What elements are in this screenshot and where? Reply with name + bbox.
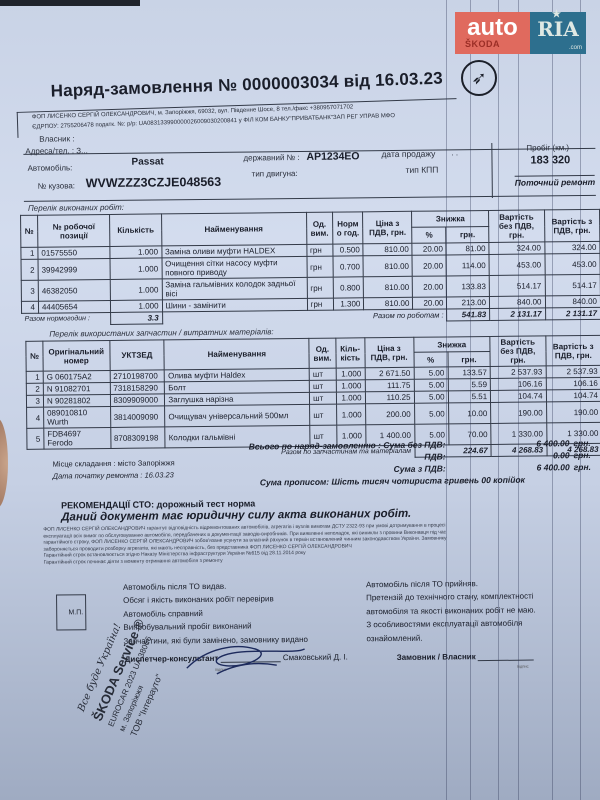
cell-gross: 324.00 [544,241,600,254]
cell-net: 840.00 [490,296,546,309]
place-label: Місце складання : [53,459,116,469]
cell-code: 39942999 [38,258,111,280]
cell-gross: 514.17 [545,274,600,296]
col-disc-uah: грн. [446,226,489,242]
cell-norm: 1.300 [334,298,364,310]
cell-orig: G 060175A2 [43,370,110,383]
start-label: Дата початку ремонта : [53,471,143,481]
cell-disc-uah: 10.00 [448,402,491,423]
cell-disc-uah: 5.51 [448,390,491,402]
works-table: № № робочої позиції Кількість Найменуван… [20,209,600,326]
cell-norm: 0.800 [333,277,363,298]
cell-qty: 1.000 [336,368,365,380]
vin-value: WVWZZZ3CZJE048563 [86,175,222,190]
col-unit: Од. вим. [306,212,333,244]
autoria-watermark: auto ŠKODA ★ RIA .com [455,12,586,54]
cell-uktzed: 8708309198 [110,427,165,449]
currency: грн. [573,437,599,449]
cell-code: 44405654 [38,300,111,313]
col-discount: Знижка [412,210,489,227]
watermark-brand-text: ŠKODA [465,39,500,49]
cell-price: 810.00 [364,276,413,298]
cell-unit: шт [309,368,336,380]
cell-orig: FDB4697 Ferodo [44,427,111,449]
cell-net: 514.17 [489,275,545,297]
cell-n: 4 [27,407,44,428]
sale-date-label: дата продажу [381,149,435,160]
cell-qty: 1.000 [110,258,161,280]
vin-label: № кузова: [38,181,75,190]
cell-n: 1 [26,371,43,383]
cell-disc-pct: 5.00 [414,391,448,403]
cell-name: Очищення сітки насосу муфти повного прив… [162,256,307,279]
car-label: Автомобіль: [28,163,73,172]
cell-disc-pct: 20.00 [412,255,446,276]
accept-line: ознайомлений. [366,630,536,645]
sale-date-value: . . [451,148,458,157]
currency: грн. [574,449,600,461]
order-summary: Всього по наряд-замовленню : Сума без ПД… [219,437,599,488]
cell-norm: 0.700 [333,256,363,277]
warranty-terms: ФОП ЛИСЕНКО СЕРГІЙ ОЛЕКСАНДРОВИЧ гаранту… [43,521,573,566]
net-label: Сума без ПДВ: [383,439,445,450]
cell-price: 200.00 [365,403,414,425]
cell-disc-uah: 81.00 [446,242,489,254]
cell-gross: 190.00 [546,401,600,423]
col-unit: Од. вим. [309,338,336,368]
cell-unit: грн [307,298,334,310]
parts-caption: Перелік використаних запчастин / витратн… [49,327,273,338]
cell-disc-uah: 133.83 [447,275,490,296]
cell-disc-uah: 133.57 [448,366,491,378]
mileage-label: Пробіг (км.) [526,143,569,152]
cell-unit: шт [310,392,337,404]
works-total-label: Разом по роботам : [162,309,447,324]
cell-qty: 1.000 [336,380,365,392]
cell-gross: 840.00 [545,295,600,308]
cell-disc-uah: 213.00 [447,296,490,308]
signature-hint: підпис [517,664,529,669]
hours-value: 3.3 [111,312,162,325]
col-name: Найменування [164,338,309,370]
cell-qty: 1.000 [111,279,162,301]
cell-disc-pct: 20.00 [413,297,447,309]
cell-n: 2 [21,259,38,280]
repair-type: Поточний ремонт [515,175,596,188]
cell-net: 106.16 [490,378,545,391]
service-recommendation: РЕКОМЕНДАЦІЇ СТО: дорожный тест норма [61,498,255,510]
col-disc-pct: % [412,227,446,243]
cell-name: Заміна гальмівних колодок задньої вісі [162,277,307,300]
cell-n: 1 [21,247,38,259]
cell-net: 2 537.93 [490,366,545,379]
works-total-net: 2 131.17 [490,308,546,321]
col-discount: Знижка [413,336,490,352]
signature-field [478,652,534,662]
watermark-auto: auto ŠKODA [455,12,530,54]
start-value: 16.03.23 [145,470,174,479]
col-norm: Норм о год. [333,212,364,244]
cell-net: 324.00 [489,242,545,255]
cell-uktzed: 8309909000 [110,394,165,407]
cell-gross: 106.16 [546,377,600,390]
cell-disc-uah: 5.59 [448,378,491,390]
skoda-logo-icon: ➶ [461,60,497,96]
owner-field: Власник : [39,134,74,143]
watermark-domain-text: .com [569,45,582,52]
legal-notice: Даний документ має юридичну силу акта ви… [61,508,411,524]
works-caption: Перелік виконаних робіт: [28,203,124,213]
cell-gross: 104.74 [546,389,600,402]
col-net: Вартість без ПДВ, грн. [489,210,545,243]
place-value: місто Запоріжжя [118,458,175,468]
cell-unit: грн [306,256,333,277]
col-gross: Вартість з ПДВ, грн. [545,335,600,366]
cell-disc-pct: 5.00 [414,367,448,379]
cell-qty: 1.000 [336,392,365,404]
col-qty: Кількість [110,214,161,247]
cell-gross: 453.00 [544,253,600,275]
plate-label: державний № : [243,153,299,163]
cell-qty: 1.000 [110,246,161,259]
hours-label: Разом нормогодин : [22,312,112,325]
works-total-disc: 541.83 [447,308,490,320]
cell-disc-pct: 20.00 [412,243,446,255]
cell-net: 453.00 [489,254,545,276]
cell-price: 2 671.50 [365,367,414,380]
col-gross: Вартість з ПДВ, грн. [544,209,600,242]
acceptance-statement: Автомобіль після ТО прийняв. Претензій д… [366,577,536,646]
currency: грн. [574,461,600,473]
accept-line: З особливостями експлуатації автомобіля [366,617,536,632]
cell-uktzed: 7318158290 [110,382,165,395]
col-uktzed: УКТЗЕД [109,340,164,371]
cell-orig: N 90281802 [43,394,110,407]
cell-price: 810.00 [363,243,412,256]
mileage-value: 183 320 [530,154,570,166]
cell-price: 110.25 [365,391,414,404]
cell-uktzed: 3814009090 [110,406,165,428]
car-value: Passat [131,156,163,167]
company-requisites: ФОП ЛИСЕНКО СЕРГІЙ ОЛЕКСАНДРОВИЧ, м. Зап… [17,98,458,138]
engine-label: тип двигуна: [252,169,298,178]
col-net: Вартість без ПДВ, грн. [490,336,546,367]
col-orig: Оригінальний номер [43,340,110,371]
cell-n: 5 [27,428,44,449]
vehicle-info: Автомобіль: Passat № кузова: WVWZZZ3CZJE… [23,148,595,202]
cell-net: 104.74 [491,390,546,403]
customer-signature-line: Замовник / Власник [397,652,534,662]
cell-gross: 2 537.93 [546,365,600,378]
watermark-ria: ★ RIA .com [530,12,586,54]
gross-value: 6 400.00 [454,461,574,474]
col-qty: Кіль-кість [336,338,365,368]
repair-start-date: Дата початку ремонта : 16.03.23 [53,470,174,480]
works-total-gross: 2 131.17 [545,307,600,320]
plate-value: AP1234EO [306,150,359,163]
cell-disc-uah: 114.00 [446,254,489,275]
cell-price: 111.75 [365,379,414,392]
cell-unit: грн [307,277,334,298]
cell-n: 3 [21,280,38,301]
cell-n: 2 [26,383,43,395]
col-price: Ціна з ПДВ, грн. [364,337,413,368]
cell-code: 46382050 [38,279,111,301]
cell-unit: шт [309,380,336,392]
cell-unit: грн [306,244,333,256]
col-code: № робочої позиції [37,214,110,247]
watermark-auto-text: auto [467,14,518,41]
col-n: № [26,341,43,371]
owner-label: Власник : [39,134,74,143]
finger-edge [0,418,8,508]
col-disc-pct: % [414,352,448,367]
cell-norm: 0.500 [333,244,363,256]
cell-price: 810.00 [363,255,412,277]
gross-label: Сума з ПДВ: [220,462,454,476]
photo-edge [0,0,140,6]
cell-orig: N 91082701 [43,382,110,395]
page-title: Наряд-замовлення № 0000003034 від 16.03.… [50,69,443,102]
col-n: № [21,215,38,247]
cell-disc-pct: 20.00 [413,276,447,297]
gearbox-label: тип КПП [406,165,439,175]
col-name: Найменування [161,212,306,246]
cell-code: 01575550 [38,246,111,259]
cell-n: 4 [21,301,38,313]
col-price: Ціна з ПДВ, грн. [363,211,412,244]
cell-qty: 1.000 [336,404,365,425]
mileage-box: Пробіг (км.) 183 320 Поточний ремонт [491,142,598,198]
col-disc-uah: грн. [448,351,491,366]
cell-net: 190.00 [491,402,547,424]
cell-orig: 089010810 Wurth [44,406,111,428]
cell-disc-pct: 5.00 [414,379,448,391]
cell-disc-pct: 5.00 [414,403,448,424]
cell-qty: 1.000 [111,300,162,313]
cell-price: 810.00 [364,297,413,310]
customer-label: Замовник / Власник [397,652,476,662]
star-icon: ★ [552,9,561,21]
grand-total-label: Всього по наряд-замовленню : [249,440,381,451]
cell-name: Очищувач універсальний 500мл [165,404,310,427]
cell-unit: шт [310,404,337,425]
place-of-issue: Місце складання : місто Запоріжжя [53,458,175,468]
work-order-document: Наряд-замовлення № 0000003034 від 16.03.… [10,14,600,800]
cell-uktzed: 2710198700 [110,370,165,383]
cell-n: 3 [26,395,43,407]
